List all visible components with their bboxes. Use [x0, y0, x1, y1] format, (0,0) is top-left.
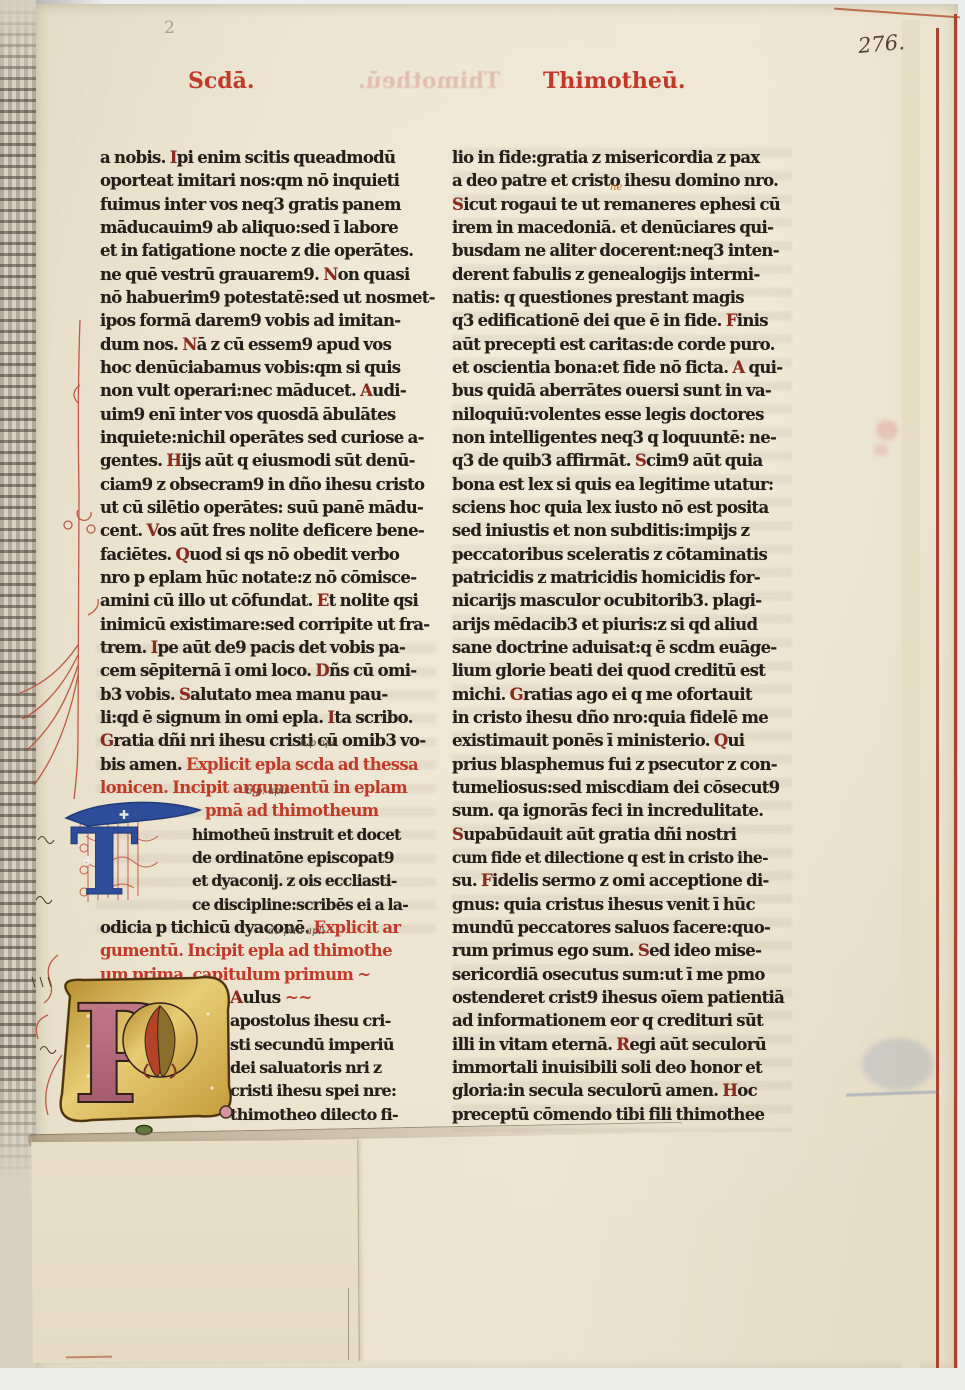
text-line: su. Fidelis sermo z omi acceptione di-: [452, 871, 769, 895]
text-line: inimicū existimare:sed corripite ut fra-: [100, 615, 429, 639]
text-line: pmā ad thimotheum: [205, 801, 378, 825]
initial-p-paulus: P: [48, 968, 248, 1140]
text-line: cristi ihesu spei nre:: [230, 1081, 396, 1105]
text-line: ciam9 z obsecram9 in dño ihesu cristo: [100, 475, 424, 499]
fore-edge-red-stain: [936, 28, 939, 1368]
text-line: irem in macedoniā. et denūciares qui-: [452, 218, 773, 242]
text-line: natis: q questiones prestant magis: [452, 288, 744, 312]
text-line: arijs mēdacib3 et piuris:z si qd aliud: [452, 615, 757, 639]
text-line: bis amen. Explicit epla scda ad thessa: [100, 755, 418, 779]
text-line: hoc denūciabamus vobis:qm si quis: [100, 358, 400, 382]
text-line: inquiete:nichil operātes sed curiose a-: [100, 428, 424, 452]
text-line: Supabūdauit aūt gratia dñi nostri: [452, 825, 736, 849]
text-line: uim9 enī inter vos quosdā ābulātes: [100, 405, 396, 429]
text-line: sane doctrine aduisat:q ē scdm euāge-: [452, 638, 777, 662]
text-line: q3 de quib3 affirmāt. Scim9 aūt quia: [452, 451, 763, 475]
text-line: cent. Vos aūt fres nolite deficere bene-: [100, 521, 424, 545]
text-line: lium glorie beati dei quod creditū est: [452, 661, 765, 685]
text-line: aūt precepti est caritas:de corde puro.: [452, 335, 775, 359]
initial-t-argumentum: T: [58, 796, 208, 912]
text-line: sericordiā osecutus sum:ut ī me pmo: [452, 965, 765, 989]
text-line: bus quidā aberrātes ouersi sunt in va-: [452, 381, 771, 405]
text-line: gnus: quia cristus ihesus venit ī hūc: [452, 895, 755, 919]
under-leaf-slit: [348, 1288, 349, 1360]
text-line: in cristo ihesu dño nro:quia fidelē me: [452, 708, 768, 732]
text-line: Gratia dñi nri ihesu cristi cū omib3 vo-: [100, 731, 426, 755]
text-line: fuimus inter vos neq3 gratis panem: [100, 195, 401, 219]
text-line: existimauit ponēs ī ministerio. Qui: [452, 731, 744, 755]
blank-under-leaf: [31, 1140, 360, 1363]
text-line: non intelligentes neq3 q loquuntē: ne-: [452, 428, 776, 452]
text-line: b3 vobis. Salutato mea manu pau-: [100, 685, 387, 709]
text-line: sti secundū imperiū: [230, 1035, 394, 1059]
text-line: himotheū instruit et docet: [192, 825, 401, 849]
text-line: nō habuerim9 potestatē:sed ut nosmet-: [100, 288, 435, 312]
running-header-offset-ghost: Thimotheū.: [358, 68, 500, 94]
text-line: trem. Ipe aūt de9 pacis det vobis pa-: [100, 638, 405, 662]
text-column-right: lio in fide:gratia z misericordia z paxa…: [452, 148, 800, 1138]
text-line: oporteat imitari nos:qm nō inquieti: [100, 171, 399, 195]
text-line: odicia p tichicū dyaconē. Explicit ar: [100, 918, 400, 942]
text-line: lio in fide:gratia z misericordia z pax: [452, 148, 760, 172]
under-leaf-edge: [902, 20, 920, 1368]
text-line: li:qd ē signum in omi epla. Ita scribo.: [100, 708, 413, 732]
text-line: a nobis. Ipi enim scitis queadmodū: [100, 148, 395, 172]
backdrop-tissue: [0, 1368, 965, 1390]
pink-stain: [876, 420, 898, 440]
ink-gloss: b.p. apli: [246, 786, 287, 797]
blue-ink-smudge: [862, 1038, 934, 1090]
text-line: sum. qa ignorās feci in incredulitate.: [452, 801, 763, 825]
text-line: gloria:in secula seculorū amen. Hoc: [452, 1081, 757, 1105]
text-line: et oscientia bona:et fide nō ficta. A qu…: [452, 358, 782, 382]
text-line: nro p eplam hūc notate:z nō cōmisce-: [100, 568, 416, 592]
text-line: cem sēpiternā ī omi loco. Dñs cū omi-: [100, 661, 416, 685]
text-line: et dyaconij. z ois eccliasti-: [192, 871, 397, 895]
text-line: nicarijs masculor ocubitorib3. plagi-: [452, 591, 761, 615]
ink-gloss: b.p apl: [300, 738, 335, 749]
text-line: mundū peccatores saluos facere:quo-: [452, 918, 770, 942]
initial-t-letter: T: [70, 808, 138, 912]
text-line: niloquiū:volentes esse legis doctores: [452, 405, 764, 429]
text-line: ipos formā darem9 vobis ad imitan-: [100, 311, 400, 335]
text-line: ad informationem eor q credituri sūt: [452, 1011, 763, 1035]
text-line: sciens hoc quia lex iusto nō est posita: [452, 498, 768, 522]
text-line: Sicut rogaui te ut remaneres ephesi cū: [452, 195, 780, 219]
text-line: patricidis z matricidis homicidis for-: [452, 568, 760, 592]
text-line: gentes. Hijs aūt q eiusmodi sūt denū-: [100, 451, 415, 475]
text-line: q3 edificationē dei que ē in fide. Finis: [452, 311, 768, 335]
ink-gloss: do phu apli: [268, 926, 325, 937]
text-line: cum fide et dilectione q est in cristo i…: [452, 848, 768, 872]
text-line: faciētes. Quod si qs nō obedit verbo: [100, 545, 399, 569]
text-line: de ordinatōne episcopat9: [192, 848, 394, 872]
running-header-left: Scdā.: [188, 68, 255, 94]
text-line: non vult operari:nec māducet. Audi-: [100, 381, 406, 405]
pencil-mark: 2: [164, 18, 175, 38]
text-line: sed iniustis et non subditis:impijs z: [452, 521, 749, 545]
ink-gloss: ne: [610, 182, 622, 193]
text-line: thimotheo dilecto fi-: [230, 1105, 398, 1129]
text-line: gumentū. Incipit epla ad thimothe: [100, 941, 392, 965]
text-line: māducauim9 ab aliquo:sed ī labore: [100, 218, 398, 242]
text-line: ne quē vestrū grauarem9. Non quasi: [100, 265, 410, 289]
text-line: amini cū illo ut cōfundat. Et nolite qsi: [100, 591, 418, 615]
text-line: derent fabulis z genealogijs intermi-: [452, 265, 760, 289]
text-line: tumeliosus:sed miscdiam dei cōsecut9: [452, 778, 779, 802]
text-line: ut cū silētio operātes: suū panē mādu-: [100, 498, 423, 522]
text-line: bona est lex si quis ea legitime utatur:: [452, 475, 773, 499]
text-line: rum primus ego sum. Sed ideo mise-: [452, 941, 761, 965]
text-line: immortali inuisibili soli deo honor et: [452, 1058, 762, 1082]
text-line: ostenderet crist9 ihesus oīem patientiā: [452, 988, 784, 1012]
text-line: illi in vitam eternā. Regi aūt seculorū: [452, 1035, 766, 1059]
text-line: peccatoribus sceleratis z cōtaminatis: [452, 545, 767, 569]
text-line: dum nos. Nā z cū essem9 apud vos: [100, 335, 391, 359]
photograph-of-manuscript: Scdā. Thimotheū. Thimotheū. 276. 2 a nob…: [0, 0, 965, 1390]
pink-stain: [874, 444, 888, 456]
running-header-right: Thimotheū.: [543, 68, 685, 94]
text-line: dei saluatoris nri z: [230, 1058, 381, 1082]
text-line: apostolus ihesu cri-: [230, 1011, 391, 1035]
text-line: prius blasphemus fui z psecutor z con-: [452, 755, 777, 779]
text-line: ce discipline:scribēs ei a la-: [192, 895, 408, 919]
text-line: michi. Gratias ago ei q me ofortauit: [452, 685, 752, 709]
folio-number: 276.: [857, 30, 906, 58]
text-line: et in fatigatione nocte z die operātes.: [100, 241, 413, 265]
text-line: busdam ne aliter docerent:neq3 inten-: [452, 241, 779, 265]
fore-edge-red-stain: [954, 14, 957, 1372]
